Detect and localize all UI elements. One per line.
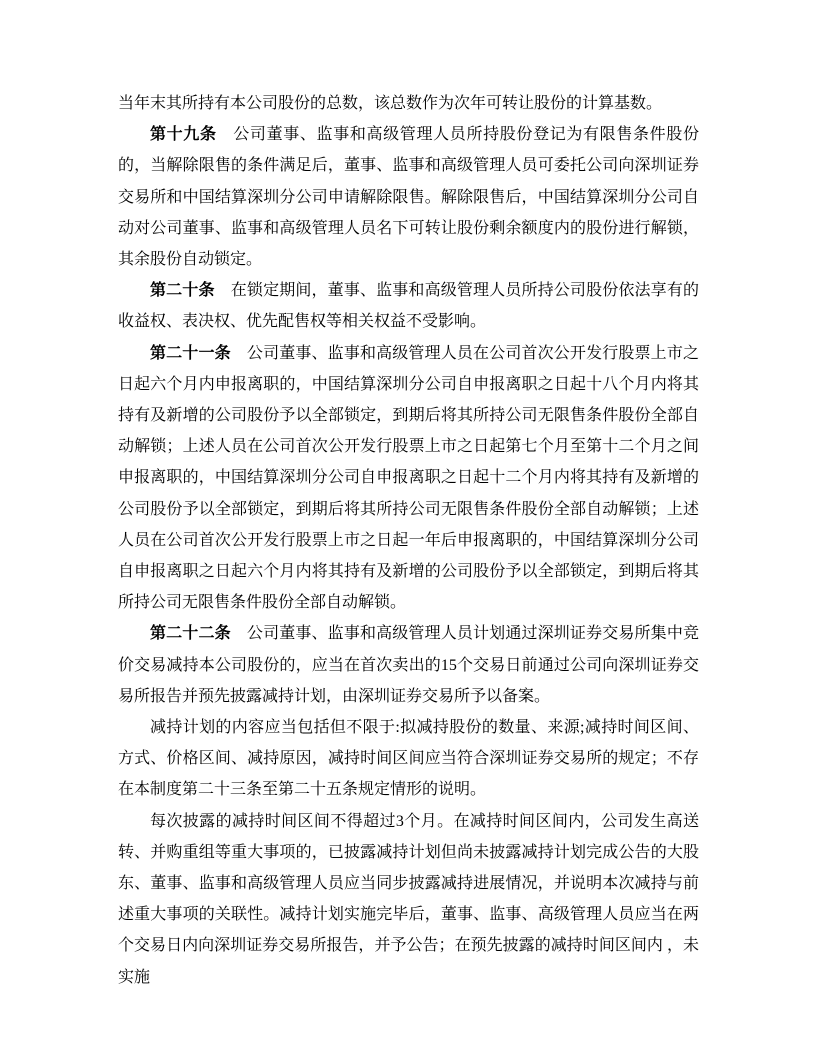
paragraph-disclosure-rules: 每次披露的减持时间区间不得超过3个月。在减持时间区间内，公司发生高送转、并购重组… [118,806,699,993]
paragraph-text: 每次披露的减持时间区间不得超过3个月。在减持时间区间内，公司发生高送转、并购重组… [118,813,699,986]
paragraph-clause-19: 第十九条公司董事、监事和高级管理人员所持股份登记为有限售条件股份的，当解除限售的… [118,119,699,275]
clause-heading: 第二十二条 [150,625,247,642]
clause-heading: 第二十条 [150,282,231,299]
paragraph-text: 公司董事、监事和高级管理人员在公司首次公开发行股票上市之日起六个月内申报离职的，… [118,345,699,612]
paragraph-text: 当年末其所持有本公司股份的总数，该总数作为次年可转让股份的计算基数。 [118,95,662,112]
document-page: 当年末其所持有本公司股份的总数，该总数作为次年可转让股份的计算基数。 第十九条公… [0,0,816,1056]
paragraph-clause-22: 第二十二条公司董事、监事和高级管理人员计划通过深圳证券交易所集中竞价交易减持本公… [118,618,699,712]
paragraph-continuation: 当年末其所持有本公司股份的总数，该总数作为次年可转让股份的计算基数。 [118,88,699,119]
paragraph-clause-21: 第二十一条公司董事、监事和高级管理人员在公司首次公开发行股票上市之日起六个月内申… [118,338,699,619]
paragraph-text: 减持计划的内容应当包括但不限于:拟减持股份的数量、来源;减持时间区间、方式、价格… [118,719,699,798]
paragraph-text: 公司董事、监事和高级管理人员所持股份登记为有限售条件股份的，当解除限售的条件满足… [118,126,699,268]
clause-heading: 第二十一条 [150,345,247,362]
clause-heading: 第十九条 [150,126,233,143]
paragraph-clause-20: 第二十条在锁定期间，董事、监事和高级管理人员所持公司股份依法享有的收益权、表决权… [118,275,699,337]
document-body: 当年末其所持有本公司股份的总数，该总数作为次年可转让股份的计算基数。 第十九条公… [118,88,699,993]
paragraph-plan-contents: 减持计划的内容应当包括但不限于:拟减持股份的数量、来源;减持时间区间、方式、价格… [118,712,699,806]
